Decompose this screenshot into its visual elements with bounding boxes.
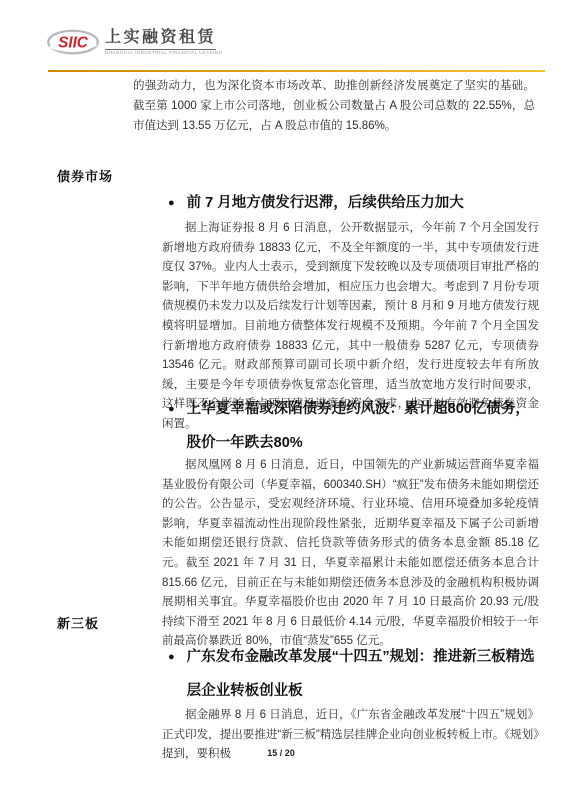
bullet-icon: ● bbox=[168, 186, 175, 220]
siic-logo-icon: SIIC bbox=[46, 28, 100, 56]
news-item-heading: 广东发布金融改革发展“十四五”规划：推进新三板精选层企业转板创业板 bbox=[187, 640, 539, 708]
header-divider bbox=[48, 70, 545, 72]
company-logo: SIIC 上实融资租赁 SHANGHAI INDUSTRIAL FINANCIA… bbox=[46, 24, 256, 57]
news-item-heading: 上华夏幸福或深陷债券违约风波：累计超800亿债务，股价一年跌去80% bbox=[187, 392, 539, 460]
bullet-icon: ● bbox=[168, 640, 175, 674]
company-name-english: SHANGHAI INDUSTRIAL FINANCIAL LEASING bbox=[105, 51, 223, 56]
logo-text-block: 上实融资租赁 SHANGHAI INDUSTRIAL FINANCIAL LEA… bbox=[105, 24, 256, 57]
news-item-heading: 前 7 月地方债发行迟滞，后续供给压力加大 bbox=[187, 186, 539, 220]
news-item-heading-row: ● 广东发布金融改革发展“十四五”规划：推进新三板精选层企业转板创业板 bbox=[168, 640, 539, 708]
company-name: 上实融资租赁 bbox=[105, 24, 216, 50]
bullet-icon: ● bbox=[168, 392, 175, 426]
page-number: 15 / 20 bbox=[0, 748, 562, 758]
news-item-heading-row: ● 前 7 月地方债发行迟滞，后续供给压力加大 bbox=[168, 186, 539, 220]
siic-logo-text: SIIC bbox=[58, 34, 89, 51]
news-item-body: 据凤凰网 8 月 6 日消息，近日，中国领先的产业新城运营商华夏幸福基业股份有限… bbox=[162, 456, 539, 652]
document-page: SIIC 上实融资租赁 SHANGHAI INDUSTRIAL FINANCIA… bbox=[0, 0, 562, 800]
section-title-new-third-board: 新三板 bbox=[57, 613, 99, 632]
news-item-heading-row: ● 上华夏幸福或深陷债券违约风波：累计超800亿债务，股价一年跌去80% bbox=[168, 392, 539, 460]
intro-paragraph: 的强劲动力，也为深化资本市场改革、助推创新经济发展奠定了坚实的基础。截至第 10… bbox=[133, 76, 535, 136]
section-title-bond-market: 债券市场 bbox=[57, 166, 113, 185]
